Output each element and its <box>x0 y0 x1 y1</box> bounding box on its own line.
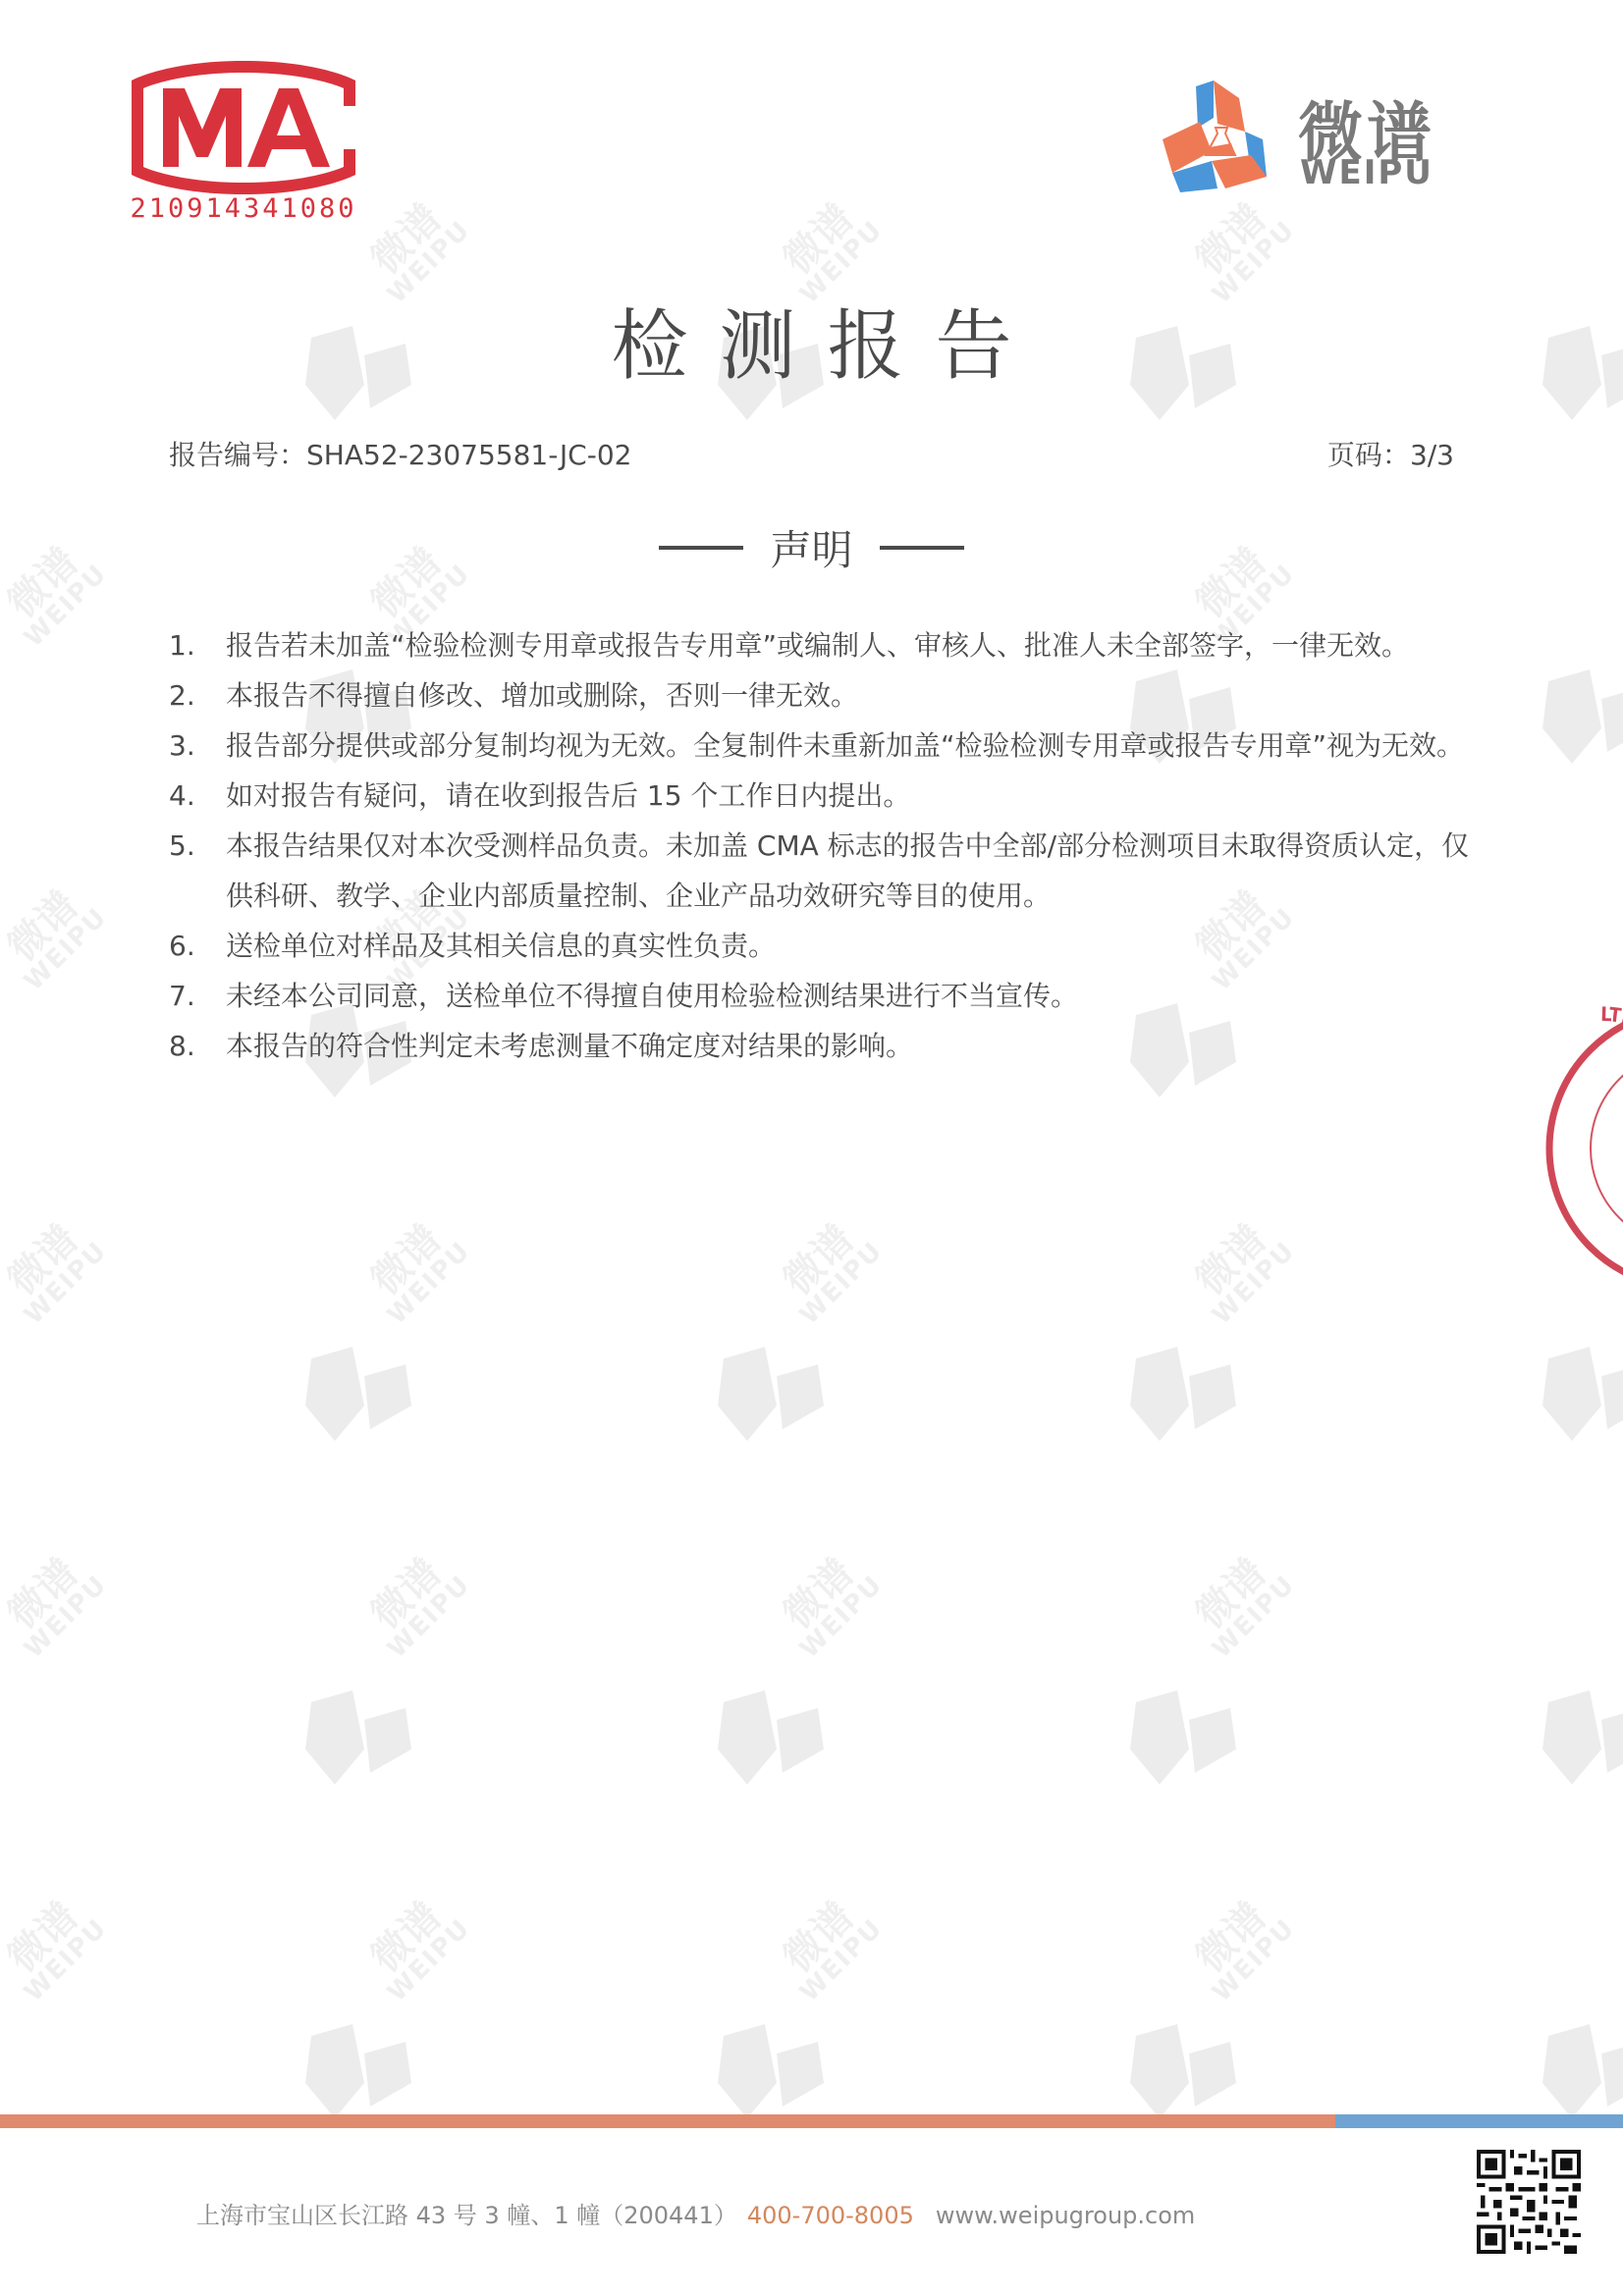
watermark-logo-icon <box>1532 1335 1623 1453</box>
seal-text-en: LTD. INSPECTION&TESTING SERVIC <box>1600 1002 1623 1281</box>
page-value: 3/3 <box>1410 439 1454 471</box>
cma-certificate-number: 210914341080 <box>126 193 361 224</box>
svg-text:LTD. INSPECTION&TESTING SERVIC: LTD. INSPECTION&TESTING SERVIC <box>1600 1002 1623 1281</box>
footer-website[interactable]: www.weipugroup.com <box>936 2202 1195 2229</box>
statement-number: 1. <box>169 620 195 670</box>
statement-item: 1.报告若未加盖“检验检测专用章或报告专用章”或编制人、审核人、批准人未全部签字… <box>169 620 1485 670</box>
statement-text: 未经本公司同意，送检单位不得擅自使用检验检测结果进行不当宣传。 <box>226 980 1078 1012</box>
watermark-text: 微谱WEIPU <box>768 1887 888 2006</box>
statement-text: 报告部分提供或部分复制均视为无效。全复制件未重新加盖“检验检测专用章或报告专用章… <box>226 729 1464 762</box>
watermark-text: 微谱WEIPU <box>0 876 112 995</box>
page-indicator: 页码：3/3 <box>1327 434 1454 473</box>
report-number-label: 报告编号： <box>169 439 306 471</box>
section-heading-text: 声明 <box>770 526 852 574</box>
footer-color-bar <box>0 2114 1623 2128</box>
watermark-text: 微谱WEIPU <box>1180 1209 1300 1329</box>
watermark-text: 微谱WEIPU <box>0 1209 112 1329</box>
page-title: 检测报告 <box>0 285 1623 395</box>
statement-item: 2.本报告不得擅自修改、增加或删除，否则一律无效。 <box>169 670 1485 721</box>
watermark-text: 微谱WEIPU <box>355 1209 475 1329</box>
statement-text: 本报告不得擅自修改、增加或删除，否则一律无效。 <box>226 679 858 712</box>
watermark-logo-icon <box>1119 2012 1247 2130</box>
statement-number: 8. <box>169 1021 195 1071</box>
statement-number: 5. <box>169 821 195 871</box>
watermark-logo-icon <box>295 1679 422 1796</box>
statement-number: 7. <box>169 971 195 1021</box>
heading-rule-right <box>880 546 964 550</box>
statement-number: 3. <box>169 721 195 771</box>
statement-item: 3.报告部分提供或部分复制均视为无效。全复制件未重新加盖“检验检测专用章或报告专… <box>169 721 1485 771</box>
watermark-logo-icon <box>295 1335 422 1453</box>
heading-rule-left <box>659 546 743 550</box>
report-number-value: SHA52-23075581-JC-02 <box>306 439 631 471</box>
statement-text: 本报告结果仅对本次受测样品负责。未加盖 CMA 标志的报告中全部/部分检测项目未… <box>226 829 1469 912</box>
statement-item: 5.本报告结果仅对本次受测样品负责。未加盖 CMA 标志的报告中全部/部分检测项… <box>169 821 1485 921</box>
section-heading: 声明 <box>0 518 1623 577</box>
statement-item: 6.送检单位对样品及其相关信息的真实性负责。 <box>169 921 1485 971</box>
statement-list: 1.报告若未加盖“检验检测专用章或报告专用章”或编制人、审核人、批准人未全部签字… <box>169 620 1485 1071</box>
watermark-text: 微谱WEIPU <box>1180 1543 1300 1663</box>
watermark-logo-icon <box>1532 2012 1623 2130</box>
footer-phone: 400-700-8005 <box>747 2202 914 2229</box>
statement-text: 如对报告有疑问，请在收到报告后 15 个工作日内提出。 <box>226 779 910 812</box>
statement-item: 4.如对报告有疑问，请在收到报告后 15 个工作日内提出。 <box>169 771 1485 821</box>
watermark-text: 微谱WEIPU <box>768 1543 888 1663</box>
statement-text: 报告若未加盖“检验检测专用章或报告专用章”或编制人、审核人、批准人未全部签字，一… <box>226 629 1409 662</box>
statement-text: 本报告的符合性判定未考虑测量不确定度对结果的影响。 <box>226 1030 913 1062</box>
footer-bar-orange <box>0 2114 1335 2128</box>
weipu-logo-icon <box>1157 79 1294 196</box>
report-number: 报告编号：SHA52-23075581-JC-02 <box>169 434 631 473</box>
statement-number: 6. <box>169 921 195 971</box>
brand-name-en: WEIPU <box>1300 153 1434 192</box>
watermark-logo-icon <box>1119 1679 1247 1796</box>
watermark-logo-icon <box>1119 1335 1247 1453</box>
statement-item: 8.本报告的符合性判定未考虑测量不确定度对结果的影响。 <box>169 1021 1485 1071</box>
watermark-text: 微谱WEIPU <box>355 1543 475 1663</box>
watermark-text: 微谱WEIPU <box>1180 1887 1300 2006</box>
page-label: 页码： <box>1327 439 1410 471</box>
official-seal-stamp: LTD. INSPECTION&TESTING SERVIC <box>1542 1001 1623 1296</box>
statement-number: 4. <box>169 771 195 821</box>
watermark-logo-icon <box>1532 658 1623 775</box>
watermark-logo-icon <box>707 1335 835 1453</box>
watermark-logo-icon <box>707 1679 835 1796</box>
watermark-text: 微谱WEIPU <box>355 1887 475 2006</box>
footer-bar-blue <box>1335 2114 1623 2128</box>
watermark-logo-icon <box>295 2012 422 2130</box>
watermark-logo-icon <box>1532 1679 1623 1796</box>
watermark-text: 微谱WEIPU <box>768 1209 888 1329</box>
statement-item: 7.未经本公司同意，送检单位不得擅自使用检验检测结果进行不当宣传。 <box>169 971 1485 1021</box>
statement-number: 2. <box>169 670 195 721</box>
watermark-text: 微谱WEIPU <box>0 1887 112 2006</box>
watermark-text: 微谱WEIPU <box>0 1543 112 1663</box>
footer-address: 上海市宝山区长江路 43 号 3 幢、1 幢（200441） <box>196 2202 737 2229</box>
watermark-logo-icon <box>707 2012 835 2130</box>
qr-code-icon <box>1477 2150 1581 2254</box>
statement-text: 送检单位对样品及其相关信息的真实性负责。 <box>226 930 776 962</box>
footer-contact: 上海市宝山区长江路 43 号 3 幢、1 幢（200441）400-700-80… <box>196 2196 1195 2230</box>
